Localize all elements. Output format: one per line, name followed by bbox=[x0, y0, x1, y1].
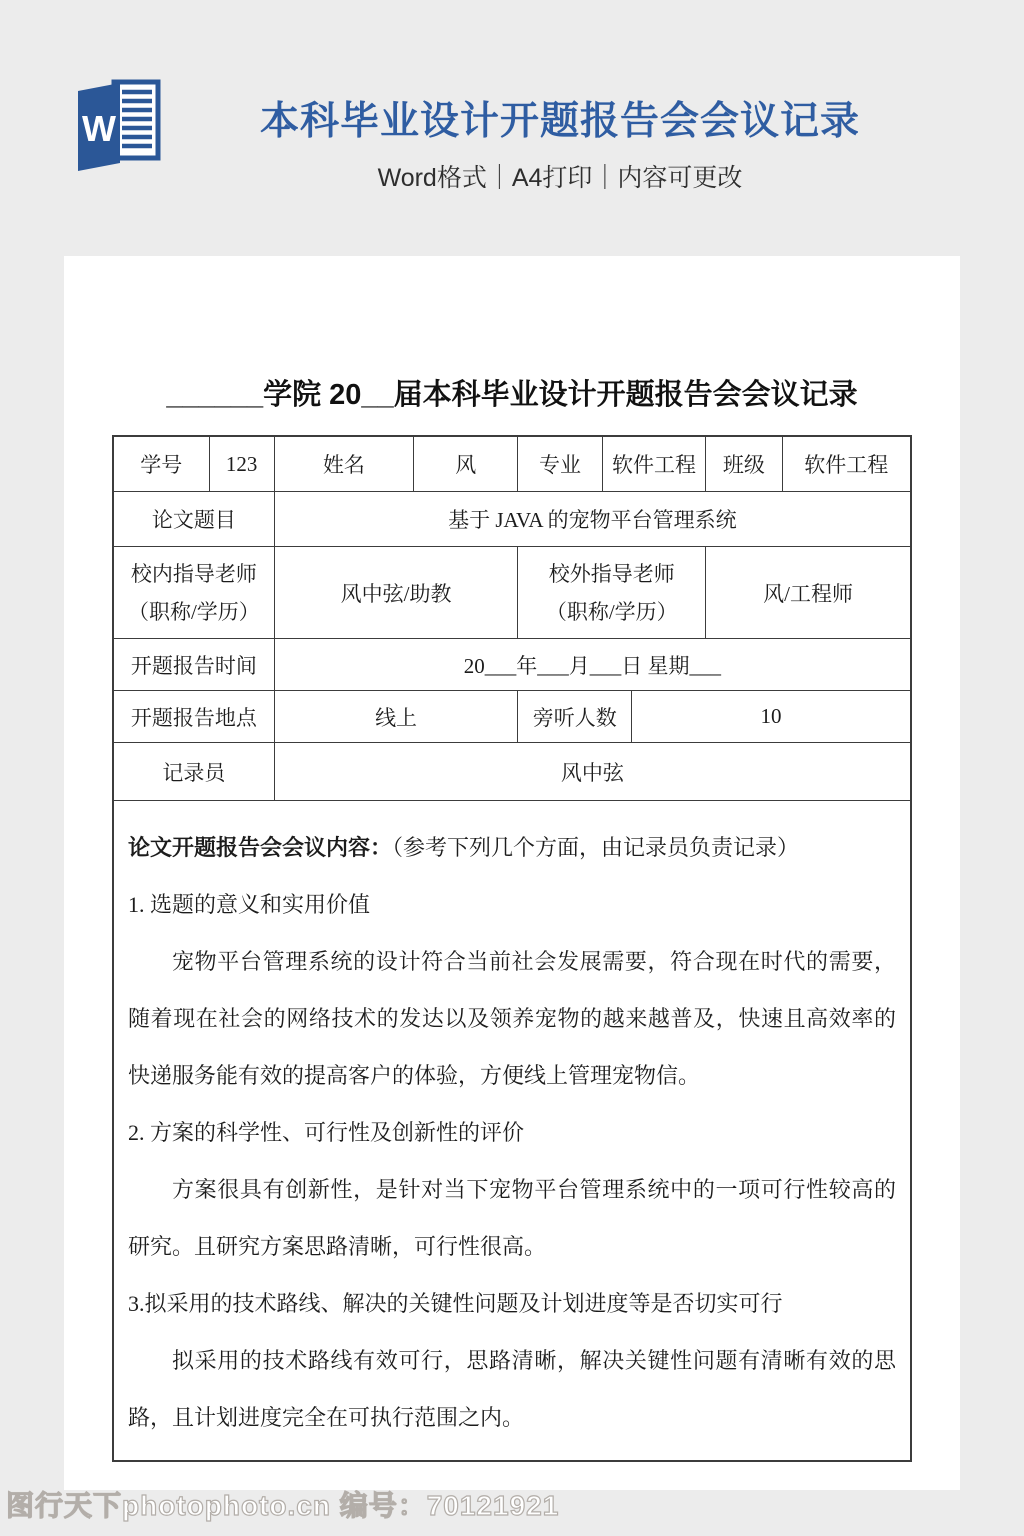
internal-advisor-value: 风中弦/助教 bbox=[275, 547, 519, 638]
report-place-value: 线上 bbox=[275, 691, 519, 742]
report-place-label: 开题报告地点 bbox=[114, 691, 275, 742]
class-label: 班级 bbox=[706, 437, 782, 491]
meeting-content-cell: 论文开题报告会会议内容：（参考下列几个方面，由记录员负责记录） 1. 选题的意义… bbox=[114, 801, 910, 1460]
report-time-value: 20___年___月___日 星期___ bbox=[275, 639, 910, 690]
major-label: 专业 bbox=[518, 437, 602, 491]
content-heading: 论文开题报告会会议内容：（参考下列几个方面，由记录员负责记录） bbox=[128, 819, 896, 876]
audience-count-value: 10 bbox=[632, 691, 910, 742]
name-label: 姓名 bbox=[275, 437, 414, 491]
name-value: 风 bbox=[414, 437, 518, 491]
recorder-label: 记录员 bbox=[114, 743, 275, 800]
section-1-title: 1. 选题的意义和实用价值 bbox=[128, 876, 896, 933]
template-header: W 本科毕业设计开题报告会会议记录 Word格式｜A4打印｜内容可更改 bbox=[0, 0, 1024, 200]
student-id-label: 学号 bbox=[114, 437, 210, 491]
external-advisor-label-line2: （职称/学历） bbox=[546, 593, 678, 631]
content-heading-rest: （参考下列几个方面，由记录员负责记录） bbox=[392, 835, 799, 860]
report-time-label: 开题报告时间 bbox=[114, 639, 275, 690]
class-value: 软件工程 bbox=[783, 437, 910, 491]
template-subtitle: Word格式｜A4打印｜内容可更改 bbox=[96, 158, 1024, 194]
table-row-recorder: 记录员 风中弦 bbox=[114, 743, 910, 801]
section-3-title: 3.拟采用的技术路线、解决的关键性问题及计划进度等是否切实可行 bbox=[128, 1275, 896, 1332]
site-watermark: 图行天下photophoto.cn 编号：70121921 bbox=[6, 1484, 559, 1524]
table-row-report-time: 开题报告时间 20___年___月___日 星期___ bbox=[114, 639, 910, 691]
section-2-body: 方案很具有创新性，是针对当下宠物平台管理系统中的一项可行性较高的研究。且研究方案… bbox=[128, 1161, 896, 1275]
section-2-title: 2. 方案的科学性、可行性及创新性的评价 bbox=[128, 1104, 896, 1161]
content-heading-bold: 论文开题报告会会议内容： bbox=[128, 835, 392, 860]
document-page: ______学院 20__届本科毕业设计开题报告会会议记录 学号 123 姓名 … bbox=[64, 256, 960, 1490]
major-value: 软件工程 bbox=[603, 437, 706, 491]
student-id-value: 123 bbox=[210, 437, 275, 491]
table-row-basic-info: 学号 123 姓名 风 专业 软件工程 班级 软件工程 bbox=[114, 437, 910, 492]
thesis-title-label: 论文题目 bbox=[114, 492, 275, 546]
audience-count-label: 旁听人数 bbox=[518, 691, 632, 742]
table-row-report-place: 开题报告地点 线上 旁听人数 10 bbox=[114, 691, 910, 743]
external-advisor-label: 校外指导老师 （职称/学历） bbox=[518, 547, 706, 638]
table-row-thesis-title: 论文题目 基于 JAVA 的宠物平台管理系统 bbox=[114, 492, 910, 547]
external-advisor-value: 风/工程师 bbox=[706, 547, 910, 638]
section-3-body: 拟采用的技术路线有效可行，思路清晰，解决关键性问题有清晰有效的思路，且计划进度完… bbox=[128, 1332, 896, 1446]
internal-advisor-label-line1: 校内指导老师 bbox=[131, 555, 257, 593]
document-heading: ______学院 20__届本科毕业设计开题报告会会议记录 bbox=[64, 372, 960, 413]
internal-advisor-label: 校内指导老师 （职称/学历） bbox=[114, 547, 275, 638]
recorder-value: 风中弦 bbox=[275, 743, 910, 800]
external-advisor-label-line1: 校外指导老师 bbox=[549, 555, 675, 593]
thesis-title-value: 基于 JAVA 的宠物平台管理系统 bbox=[275, 492, 910, 546]
info-table: 学号 123 姓名 风 专业 软件工程 班级 软件工程 论文题目 基于 JAVA… bbox=[112, 435, 912, 1462]
template-title: 本科毕业设计开题报告会会议记录 bbox=[96, 90, 1024, 146]
header-text: 本科毕业设计开题报告会会议记录 Word格式｜A4打印｜内容可更改 bbox=[0, 90, 1024, 194]
section-1-body: 宠物平台管理系统的设计符合当前社会发展需要，符合现在时代的需要，随着现在社会的网… bbox=[128, 933, 896, 1104]
template-preview-page: { "header": { "title": "本科毕业设计开题报告会会议记录"… bbox=[0, 0, 1024, 1536]
internal-advisor-label-line2: （职称/学历） bbox=[128, 593, 260, 631]
table-row-advisors: 校内指导老师 （职称/学历） 风中弦/助教 校外指导老师 （职称/学历） 风/工… bbox=[114, 547, 910, 639]
